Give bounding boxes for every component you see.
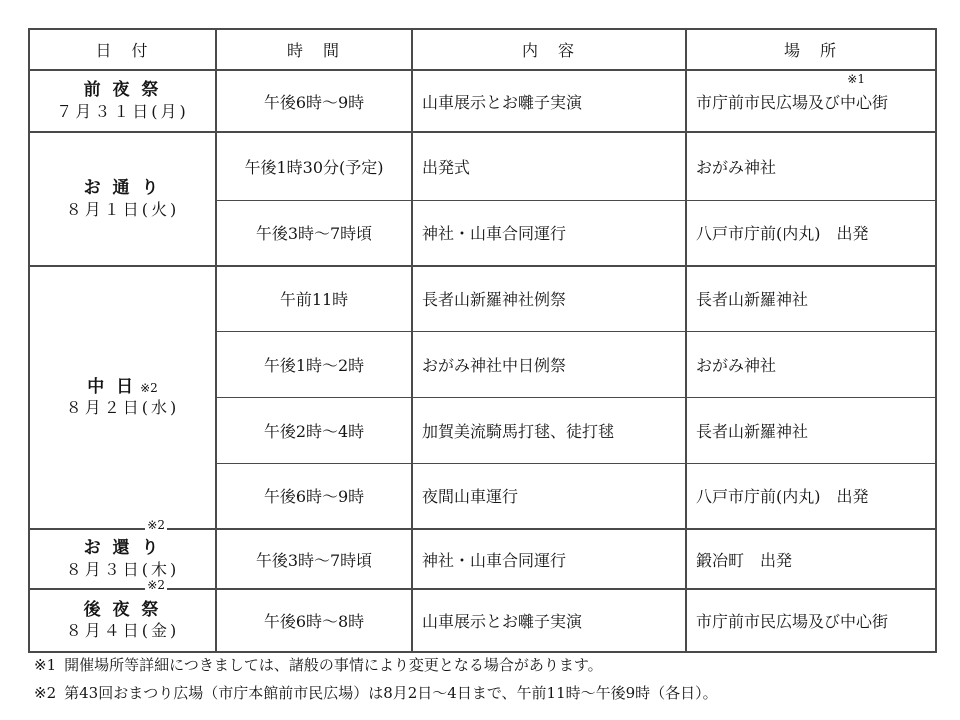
place-text: おがみ神社 — [696, 158, 776, 177]
time-cell: 午後6時～9時 — [216, 70, 412, 132]
place-text: おがみ神社 — [696, 356, 776, 375]
festival-name: 後 夜 祭 — [30, 600, 215, 621]
footnote-1: ※1開催場所等詳細につきましては、諸般の事情により変更となる場合があります。 — [34, 656, 944, 674]
content-cell: 神社・山車合同運行 — [412, 529, 686, 589]
place-cell: ※1 市庁前市民広場及び中心街 — [686, 70, 936, 132]
content-cell: 山車展示とお囃子実演 — [412, 589, 686, 652]
footnote-2: ※2第43回おまつり広場（市庁本館前市民広場）は8月2日～4日まで、午前11時～… — [34, 684, 944, 702]
footnotes: ※1開催場所等詳細につきましては、諸般の事情により変更となる場合があります。 ※… — [34, 656, 944, 712]
footnote-2-text: 第43回おまつり広場（市庁本館前市民広場）は8月2日～4日まで、午前11時～午後… — [64, 684, 718, 702]
date-cell-otoori: お 通 り ８月１日(火) — [29, 132, 216, 266]
time-cell: 午後3時～7時頃 — [216, 529, 412, 589]
footnote-ref-2: ※2 — [145, 579, 167, 591]
time-cell: 午後1時30分(予定) — [216, 132, 412, 200]
time-cell: 午後6時～9時 — [216, 463, 412, 529]
time-cell: 午前11時 — [216, 266, 412, 331]
festival-date: ８月４日(金) — [30, 621, 215, 641]
festival-name: お 還 り — [30, 538, 215, 559]
col-header-date: 日 付 — [29, 29, 216, 70]
place-cell: 八戸市庁前(内丸) 出発 — [686, 463, 936, 529]
date-cell-goyasai: ※2 後 夜 祭 ８月４日(金) — [29, 589, 216, 652]
festival-name: 前 夜 祭 — [30, 80, 215, 101]
col-header-content: 内 容 — [412, 29, 686, 70]
festival-schedule-slide: 日 付 時 間 内 容 場 所 前 夜 祭 ７月３１日(月) 午後6時～9時 山… — [0, 0, 960, 720]
col-header-place: 場 所 — [686, 29, 936, 70]
date-cell-nakabi: 中 日※2 ８月２日(水) — [29, 266, 216, 529]
place-cell: 鍛冶町 出発 — [686, 529, 936, 589]
festival-schedule-table: 日 付 時 間 内 容 場 所 前 夜 祭 ７月３１日(月) 午後6時～9時 山… — [28, 28, 937, 653]
content-cell: おがみ神社中日例祭 — [412, 331, 686, 397]
place-text: 八戸市庁前(内丸) 出発 — [696, 224, 869, 243]
time-cell: 午後2時～4時 — [216, 397, 412, 463]
date-cell-zenyasai: 前 夜 祭 ７月３１日(月) — [29, 70, 216, 132]
col-header-time: 時 間 — [216, 29, 412, 70]
festival-date: ８月３日(木) — [30, 560, 215, 580]
place-text: 市庁前市民広場及び中心街 — [696, 93, 888, 112]
content-cell: 山車展示とお囃子実演 — [412, 70, 686, 132]
place-cell: 長者山新羅神社 — [686, 397, 936, 463]
footnote-ref-1: ※1 — [847, 73, 865, 85]
place-cell: 八戸市庁前(内丸) 出発 — [686, 200, 936, 266]
place-text: 長者山新羅神社 — [696, 422, 808, 441]
festival-name: お 通 り — [30, 178, 215, 199]
date-cell-okaeri: ※2 お 還 り ８月３日(木) — [29, 529, 216, 589]
footnote-ref-2: ※2 — [145, 519, 167, 531]
footnote-2-label: ※2 — [34, 684, 56, 702]
festival-date: ７月３１日(月) — [30, 102, 215, 122]
content-cell: 夜間山車運行 — [412, 463, 686, 529]
content-cell: 神社・山車合同運行 — [412, 200, 686, 266]
festival-date: ８月１日(火) — [30, 200, 215, 220]
place-cell: 市庁前市民広場及び中心街 — [686, 589, 936, 652]
time-cell: 午後3時～7時頃 — [216, 200, 412, 266]
footnote-1-label: ※1 — [34, 656, 56, 674]
place-cell: おがみ神社 — [686, 331, 936, 397]
content-cell: 長者山新羅神社例祭 — [412, 266, 686, 331]
content-cell: 加賀美流騎馬打毬、徒打毬 — [412, 397, 686, 463]
place-cell: おがみ神社 — [686, 132, 936, 200]
place-text: 市庁前市民広場及び中心街 — [696, 612, 888, 631]
content-cell: 出発式 — [412, 132, 686, 200]
time-cell: 午後6時～8時 — [216, 589, 412, 652]
footnote-ref-2: ※2 — [140, 381, 158, 395]
festival-name: 中 日※2 — [30, 377, 215, 398]
place-cell: 長者山新羅神社 — [686, 266, 936, 331]
place-text: 長者山新羅神社 — [696, 290, 808, 309]
footnote-1-text: 開催場所等詳細につきましては、諸般の事情により変更となる場合があります。 — [64, 656, 603, 674]
time-cell: 午後1時～2時 — [216, 331, 412, 397]
place-text: 鍛冶町 出発 — [696, 551, 792, 570]
festival-date: ８月２日(水) — [30, 398, 215, 418]
place-text: 八戸市庁前(内丸) 出発 — [696, 487, 869, 506]
